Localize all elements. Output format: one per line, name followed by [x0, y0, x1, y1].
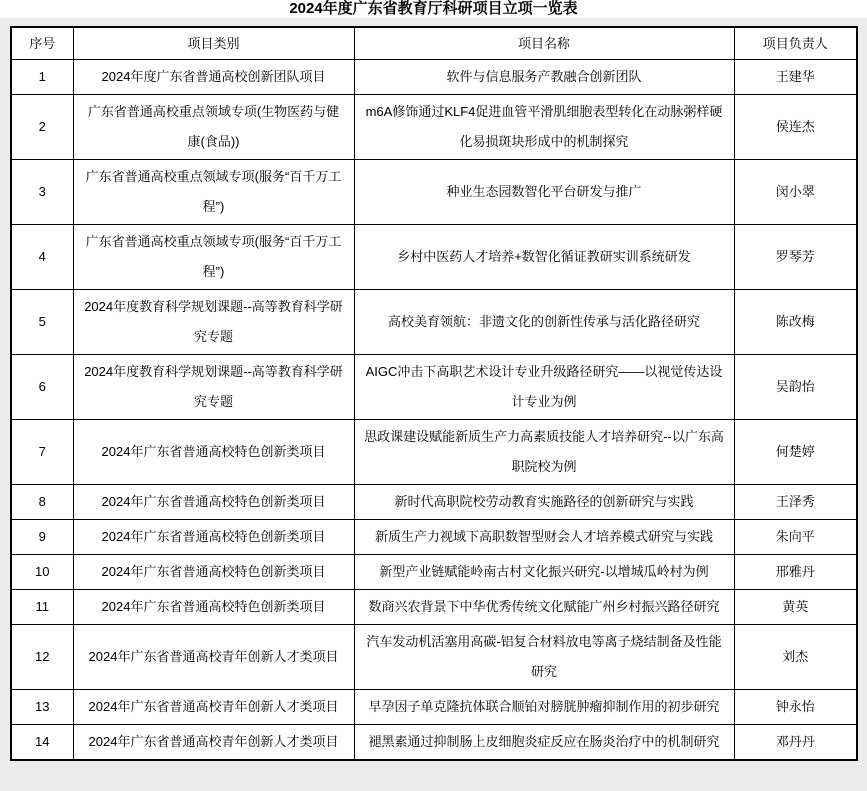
- cell-leader: 王建华: [734, 60, 857, 95]
- title-bar: 2024年度广东省教育厅科研项目立项一览表: [0, 0, 867, 18]
- cell-name: 思政课建设赋能新质生产力高素质技能人才培养研究--以广东高职院校为例: [354, 420, 734, 485]
- cell-name: 种业生态园数智化平台研发与推广: [354, 160, 734, 225]
- cell-name: m6A修饰通过KLF4促进血管平滑肌细胞表型转化在动脉粥样硬化易损斑块形成中的机…: [354, 95, 734, 160]
- table-row: 10 2024年广东省普通高校特色创新类项目 新型产业链赋能岭南古村文化振兴研究…: [11, 555, 857, 590]
- cell-name: 数商兴农背景下中华优秀传统文化赋能广州乡村振兴路径研究: [354, 590, 734, 625]
- table-row: 1 2024年度广东省普通高校创新团队项目 软件与信息服务产教融合创新团队 王建…: [11, 60, 857, 95]
- cell-category: 2024年广东省普通高校青年创新人才类项目: [73, 625, 354, 690]
- cell-name: 新时代高职院校劳动教育实施路径的创新研究与实践: [354, 485, 734, 520]
- cell-leader: 王泽秀: [734, 485, 857, 520]
- table-row: 2 广东省普通高校重点领域专项(生物医药与健康(食品)) m6A修饰通过KLF4…: [11, 95, 857, 160]
- table-row: 9 2024年广东省普通高校特色创新类项目 新质生产力视域下高职数智型财会人才培…: [11, 520, 857, 555]
- table-body: 1 2024年度广东省普通高校创新团队项目 软件与信息服务产教融合创新团队 王建…: [11, 60, 857, 761]
- table-row: 13 2024年广东省普通高校青年创新人才类项目 早孕因子单克隆抗体联合顺铂对膀…: [11, 690, 857, 725]
- table-row: 7 2024年广东省普通高校特色创新类项目 思政课建设赋能新质生产力高素质技能人…: [11, 420, 857, 485]
- cell-index: 14: [11, 725, 73, 761]
- cell-category: 2024年度广东省普通高校创新团队项目: [73, 60, 354, 95]
- cell-category: 2024年度教育科学规划课题--高等教育科学研究专题: [73, 355, 354, 420]
- cell-index: 4: [11, 225, 73, 290]
- cell-category: 2024年广东省普通高校特色创新类项目: [73, 485, 354, 520]
- column-header-leader: 项目负责人: [734, 27, 857, 60]
- cell-leader: 陈改梅: [734, 290, 857, 355]
- cell-index: 13: [11, 690, 73, 725]
- cell-name: 新型产业链赋能岭南古村文化振兴研究-以增城瓜岭村为例: [354, 555, 734, 590]
- cell-index: 5: [11, 290, 73, 355]
- cell-category: 2024年广东省普通高校青年创新人才类项目: [73, 725, 354, 761]
- cell-leader: 邢雅丹: [734, 555, 857, 590]
- cell-name: 高校美育领航：非遗文化的创新性传承与活化路径研究: [354, 290, 734, 355]
- cell-leader: 朱向平: [734, 520, 857, 555]
- cell-leader: 闵小翠: [734, 160, 857, 225]
- cell-category: 2024年度教育科学规划课题--高等教育科学研究专题: [73, 290, 354, 355]
- cell-category: 2024年广东省普通高校青年创新人才类项目: [73, 690, 354, 725]
- cell-category: 2024年广东省普通高校特色创新类项目: [73, 520, 354, 555]
- cell-name: 新质生产力视域下高职数智型财会人才培养模式研究与实践: [354, 520, 734, 555]
- cell-category: 广东省普通高校重点领域专项(服务“百千万工程”): [73, 225, 354, 290]
- column-header-index: 序号: [11, 27, 73, 60]
- cell-leader: 钟永怡: [734, 690, 857, 725]
- cell-leader: 邓丹丹: [734, 725, 857, 761]
- cell-category: 2024年广东省普通高校特色创新类项目: [73, 420, 354, 485]
- cell-name: 乡村中医药人才培养+数智化循证教研实训系统研发: [354, 225, 734, 290]
- table-row: 3 广东省普通高校重点领域专项(服务“百千万工程”) 种业生态园数智化平台研发与…: [11, 160, 857, 225]
- table-row: 14 2024年广东省普通高校青年创新人才类项目 褪黑素通过抑制肠上皮细胞炎症反…: [11, 725, 857, 761]
- cell-index: 6: [11, 355, 73, 420]
- cell-name: 早孕因子单克隆抗体联合顺铂对膀胱肿瘤抑制作用的初步研究: [354, 690, 734, 725]
- cell-category: 2024年广东省普通高校特色创新类项目: [73, 555, 354, 590]
- cell-leader: 刘杰: [734, 625, 857, 690]
- cell-leader: 侯连杰: [734, 95, 857, 160]
- table-row: 6 2024年度教育科学规划课题--高等教育科学研究专题 AIGC冲击下高职艺术…: [11, 355, 857, 420]
- cell-name: 褪黑素通过抑制肠上皮细胞炎症反应在肠炎治疗中的机制研究: [354, 725, 734, 761]
- cell-index: 10: [11, 555, 73, 590]
- cell-name: AIGC冲击下高职艺术设计专业升级路径研究——以视觉传达设计专业为例: [354, 355, 734, 420]
- table-header: 序号 项目类别 项目名称 项目负责人: [11, 27, 857, 60]
- table-row: 12 2024年广东省普通高校青年创新人才类项目 汽车发动机活塞用高碳-铝复合材…: [11, 625, 857, 690]
- projects-table: 序号 项目类别 项目名称 项目负责人 1 2024年度广东省普通高校创新团队项目…: [10, 26, 858, 761]
- table-row: 4 广东省普通高校重点领域专项(服务“百千万工程”) 乡村中医药人才培养+数智化…: [11, 225, 857, 290]
- cell-category: 广东省普通高校重点领域专项(服务“百千万工程”): [73, 160, 354, 225]
- cell-category: 2024年广东省普通高校特色创新类项目: [73, 590, 354, 625]
- cell-index: 7: [11, 420, 73, 485]
- table-row: 5 2024年度教育科学规划课题--高等教育科学研究专题 高校美育领航：非遗文化…: [11, 290, 857, 355]
- table-row: 8 2024年广东省普通高校特色创新类项目 新时代高职院校劳动教育实施路径的创新…: [11, 485, 857, 520]
- cell-index: 3: [11, 160, 73, 225]
- cell-name: 汽车发动机活塞用高碳-铝复合材料放电等离子烧结制备及性能研究: [354, 625, 734, 690]
- cell-index: 2: [11, 95, 73, 160]
- cell-category: 广东省普通高校重点领域专项(生物医药与健康(食品)): [73, 95, 354, 160]
- cell-index: 11: [11, 590, 73, 625]
- cell-index: 8: [11, 485, 73, 520]
- cell-leader: 黄英: [734, 590, 857, 625]
- table-row: 11 2024年广东省普通高校特色创新类项目 数商兴农背景下中华优秀传统文化赋能…: [11, 590, 857, 625]
- cell-index: 9: [11, 520, 73, 555]
- header-row: 序号 项目类别 项目名称 项目负责人: [11, 27, 857, 60]
- cell-index: 12: [11, 625, 73, 690]
- cell-leader: 何楚婷: [734, 420, 857, 485]
- column-header-name: 项目名称: [354, 27, 734, 60]
- cell-name: 软件与信息服务产教融合创新团队: [354, 60, 734, 95]
- page-title: 2024年度广东省教育厅科研项目立项一览表: [0, 0, 867, 17]
- cell-index: 1: [11, 60, 73, 95]
- cell-leader: 罗琴芳: [734, 225, 857, 290]
- column-header-category: 项目类别: [73, 27, 354, 60]
- cell-leader: 吴韵怡: [734, 355, 857, 420]
